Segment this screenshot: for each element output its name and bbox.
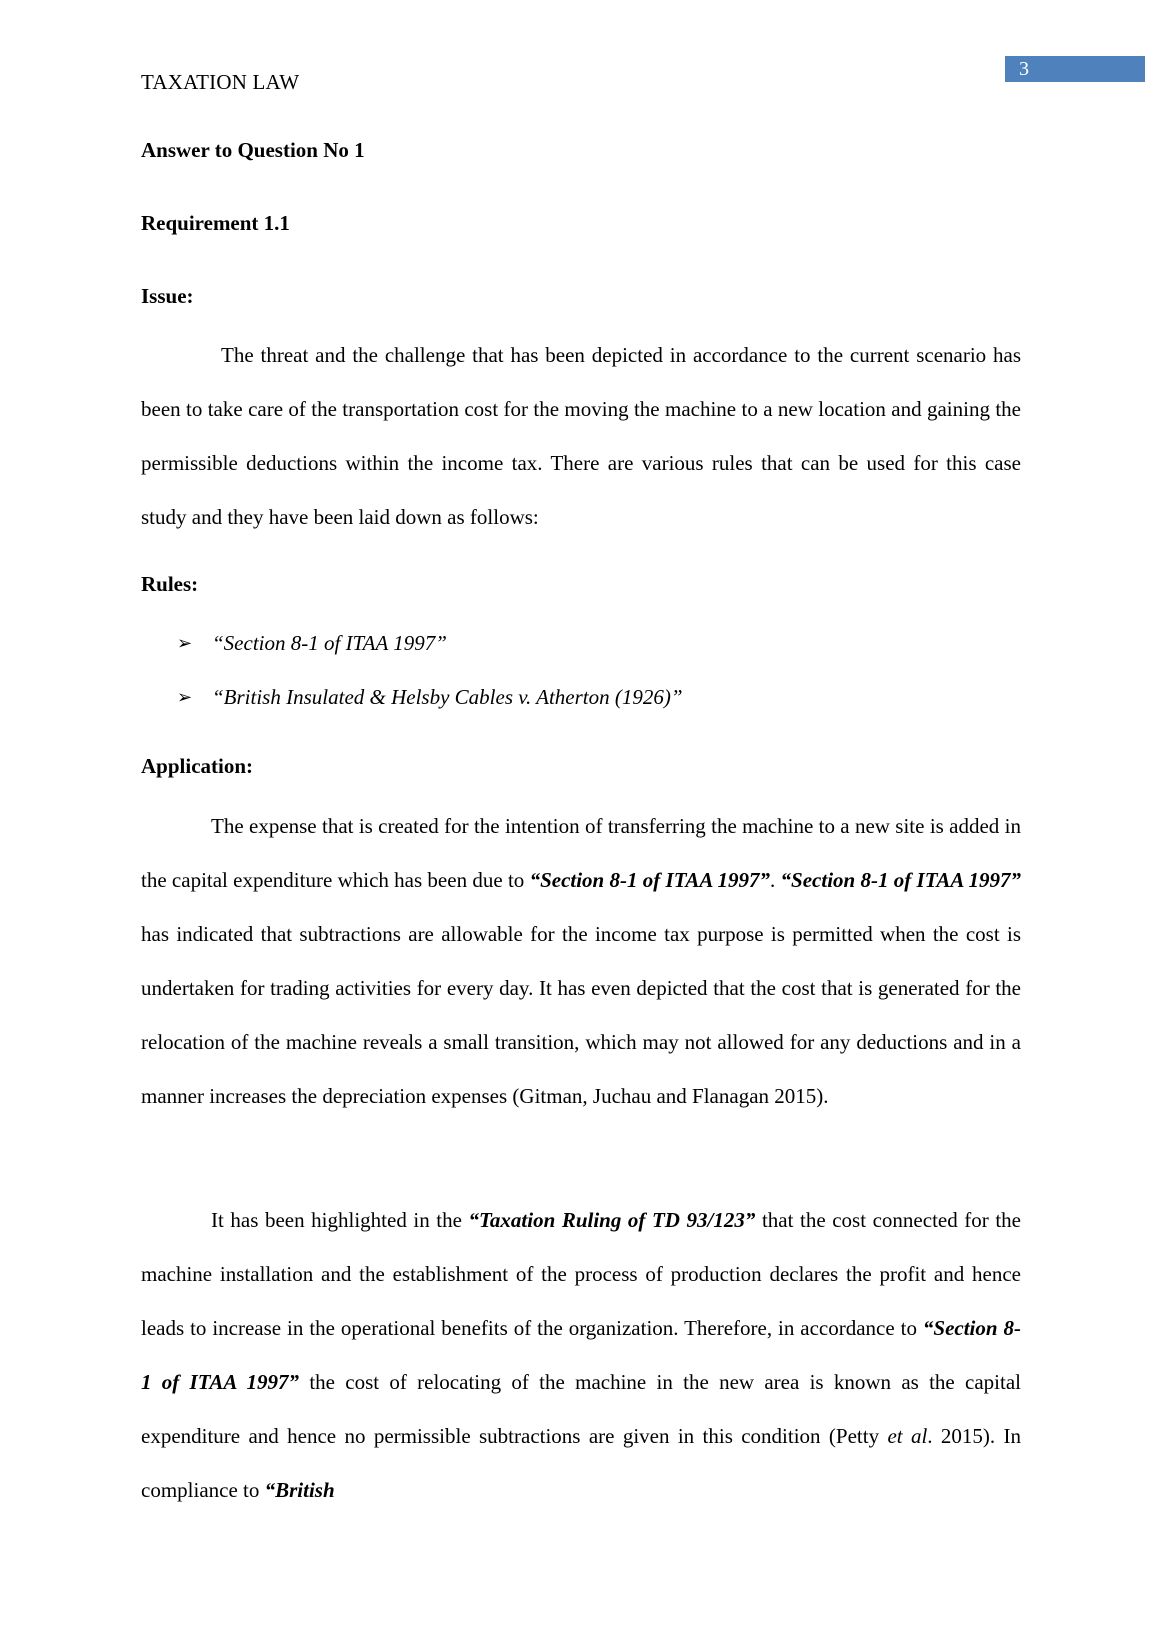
- citation: “Section 8-1 of ITAA 1997”: [530, 868, 770, 892]
- text-run: .: [770, 868, 781, 892]
- heading-answer: Answer to Question No 1: [141, 136, 365, 164]
- text-run: et al: [887, 1424, 927, 1448]
- heading-rules: Rules:: [141, 570, 198, 598]
- citation: “Section 8-1 of ITAA 1997”: [781, 868, 1021, 892]
- text-run: It has been highlighted in the: [211, 1208, 469, 1232]
- text-run: has indicated that subtractions are allo…: [141, 922, 1021, 1108]
- arrowhead-bullet-icon: ➢: [177, 670, 212, 724]
- rule-item: ➢ “Section 8-1 of ITAA 1997”: [177, 616, 683, 670]
- issue-paragraph: The threat and the challenge that has be…: [141, 328, 1021, 544]
- rules-list: ➢ “Section 8-1 of ITAA 1997” ➢ “British …: [177, 616, 683, 724]
- heading-application: Application:: [141, 752, 253, 780]
- heading-issue: Issue:: [141, 282, 194, 310]
- running-head: TAXATION LAW: [141, 70, 299, 95]
- heading-requirement: Requirement 1.1: [141, 209, 290, 237]
- page-number: 3: [1005, 56, 1145, 82]
- rule-item: ➢ “British Insulated & Helsby Cables v. …: [177, 670, 683, 724]
- citation: “Taxation Ruling of TD 93/123”: [469, 1208, 756, 1232]
- rule-text: “British Insulated & Helsby Cables v. At…: [212, 670, 683, 724]
- application-paragraph-1: The expense that is created for the inte…: [141, 799, 1021, 1123]
- rule-text: “Section 8-1 of ITAA 1997”: [212, 616, 447, 670]
- application-paragraph-2: It has been highlighted in the “Taxation…: [141, 1193, 1021, 1517]
- citation: “British: [265, 1478, 335, 1502]
- arrowhead-bullet-icon: ➢: [177, 616, 212, 670]
